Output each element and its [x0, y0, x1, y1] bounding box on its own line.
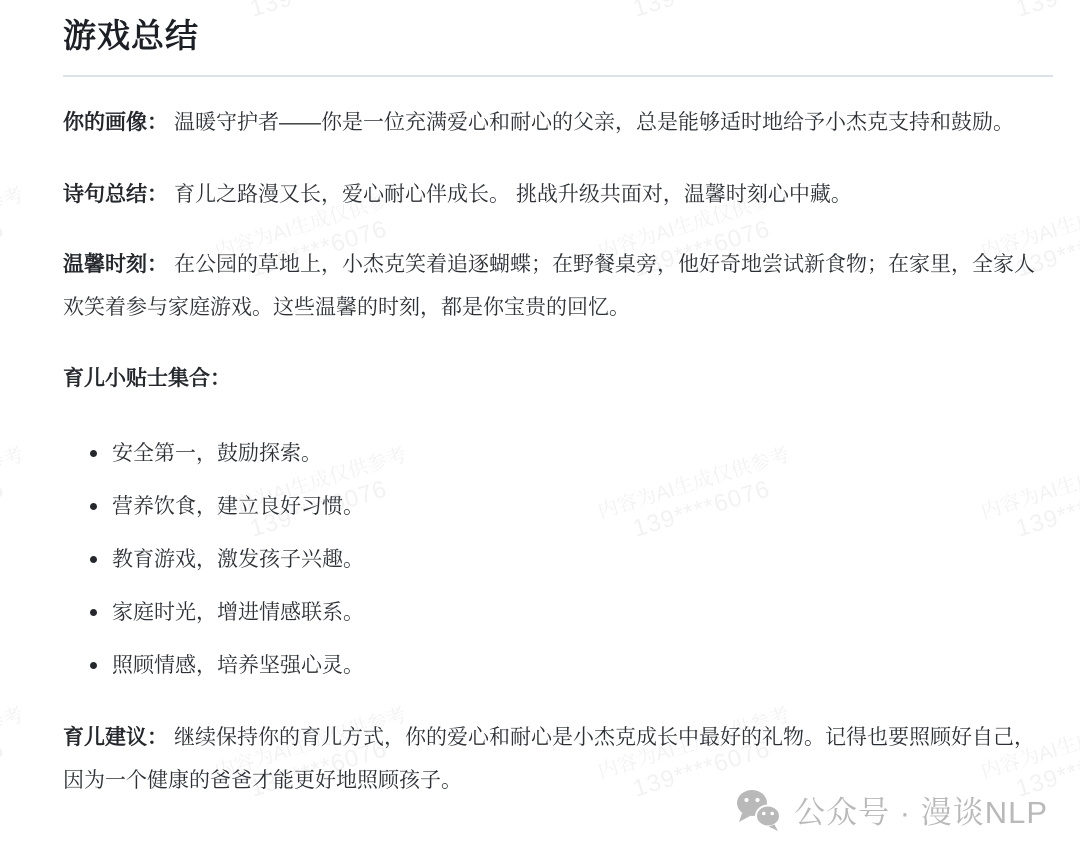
list-item-text: 照顾情感，培养坚强心灵。 — [112, 654, 364, 677]
paragraph-label-advice: 育儿建议： — [63, 726, 168, 749]
bullet-icon — [90, 556, 97, 563]
watermark-line1: 内容为AI生成仅供参考 — [973, 0, 1080, 7]
list-item-text: 营养饮食，建立良好习惯。 — [112, 495, 364, 518]
list-item-text: 家庭时光，增进情感联系。 — [112, 601, 364, 624]
paragraph-label-poem: 诗句总结： — [63, 183, 168, 206]
list-item: 营养饮食，建立良好习惯。 — [63, 485, 1053, 528]
list-item: 教育游戏，激发孩子兴趣。 — [63, 538, 1053, 581]
paragraph-text-moments: 在公园的草地上，小杰克笑着追逐蝴蝶；在野餐桌旁，他好奇地尝试新食物；在家里，全家… — [63, 253, 1035, 319]
paragraph-label-portrait: 你的画像： — [63, 111, 168, 134]
watermark-line1: 内容为AI生成仅供参考 — [0, 0, 32, 7]
title-divider — [63, 75, 1053, 77]
paragraph-portrait: 你的画像：温暖守护者——你是一位充满爱心和耐心的父亲，总是能够适时地给予小杰克支… — [63, 101, 1053, 144]
paragraph-poem: 诗句总结：育儿之路漫又长，爱心耐心伴成长。 挑战升级共面对，温馨时刻心中藏。 — [63, 173, 1053, 216]
paragraph-tips-heading: 育儿小贴士集合： — [63, 357, 1053, 400]
wechat-badge-text: 公众号 · 漫谈NLP — [794, 787, 1048, 832]
paragraph-text-poem: 育儿之路漫又长，爱心耐心伴成长。 挑战升级共面对，温馨时刻心中藏。 — [174, 183, 852, 206]
bullet-icon — [90, 609, 97, 616]
paragraph-moments: 温馨时刻：在公园的草地上，小杰克笑着追逐蝴蝶；在野餐桌旁，他好奇地尝试新食物；在… — [63, 243, 1053, 329]
bullet-icon — [90, 662, 97, 669]
list-item: 家庭时光，增进情感联系。 — [63, 591, 1053, 634]
list-item-text: 安全第一，鼓励探索。 — [112, 442, 322, 465]
bullet-icon — [90, 503, 97, 510]
tips-list: 安全第一，鼓励探索。 营养饮食，建立良好习惯。 教育游戏，激发孩子兴趣。 家庭时… — [63, 432, 1053, 687]
paragraph-label-tips: 育儿小贴士集合： — [63, 367, 231, 390]
list-item: 安全第一，鼓励探索。 — [63, 432, 1053, 475]
list-item: 照顾情感，培养坚强心灵。 — [63, 644, 1053, 687]
main-content: 游戏总结 你的画像：温暖守护者——你是一位充满爱心和耐心的父亲，总是能够适时地给… — [0, 14, 1080, 802]
page-title: 游戏总结 — [63, 14, 1053, 58]
paragraph-text-portrait: 温暖守护者——你是一位充满爱心和耐心的父亲，总是能够适时地给予小杰克支持和鼓励。 — [174, 111, 1014, 134]
paragraph-text-advice: 继续保持你的育儿方式，你的爱心和耐心是小杰克成长中最好的礼物。记得也要照顾好自己… — [63, 726, 1035, 792]
paragraph-label-moments: 温馨时刻： — [63, 253, 168, 276]
wechat-icon — [735, 788, 781, 831]
bullet-icon — [90, 450, 97, 457]
watermark-line1: 内容为AI生成仅供参考 — [590, 0, 798, 7]
list-item-text: 教育游戏，激发孩子兴趣。 — [112, 548, 364, 571]
wechat-badge: 公众号 · 漫谈NLP — [735, 787, 1048, 832]
watermark-line1: 内容为AI生成仅供参考 — [207, 0, 415, 7]
